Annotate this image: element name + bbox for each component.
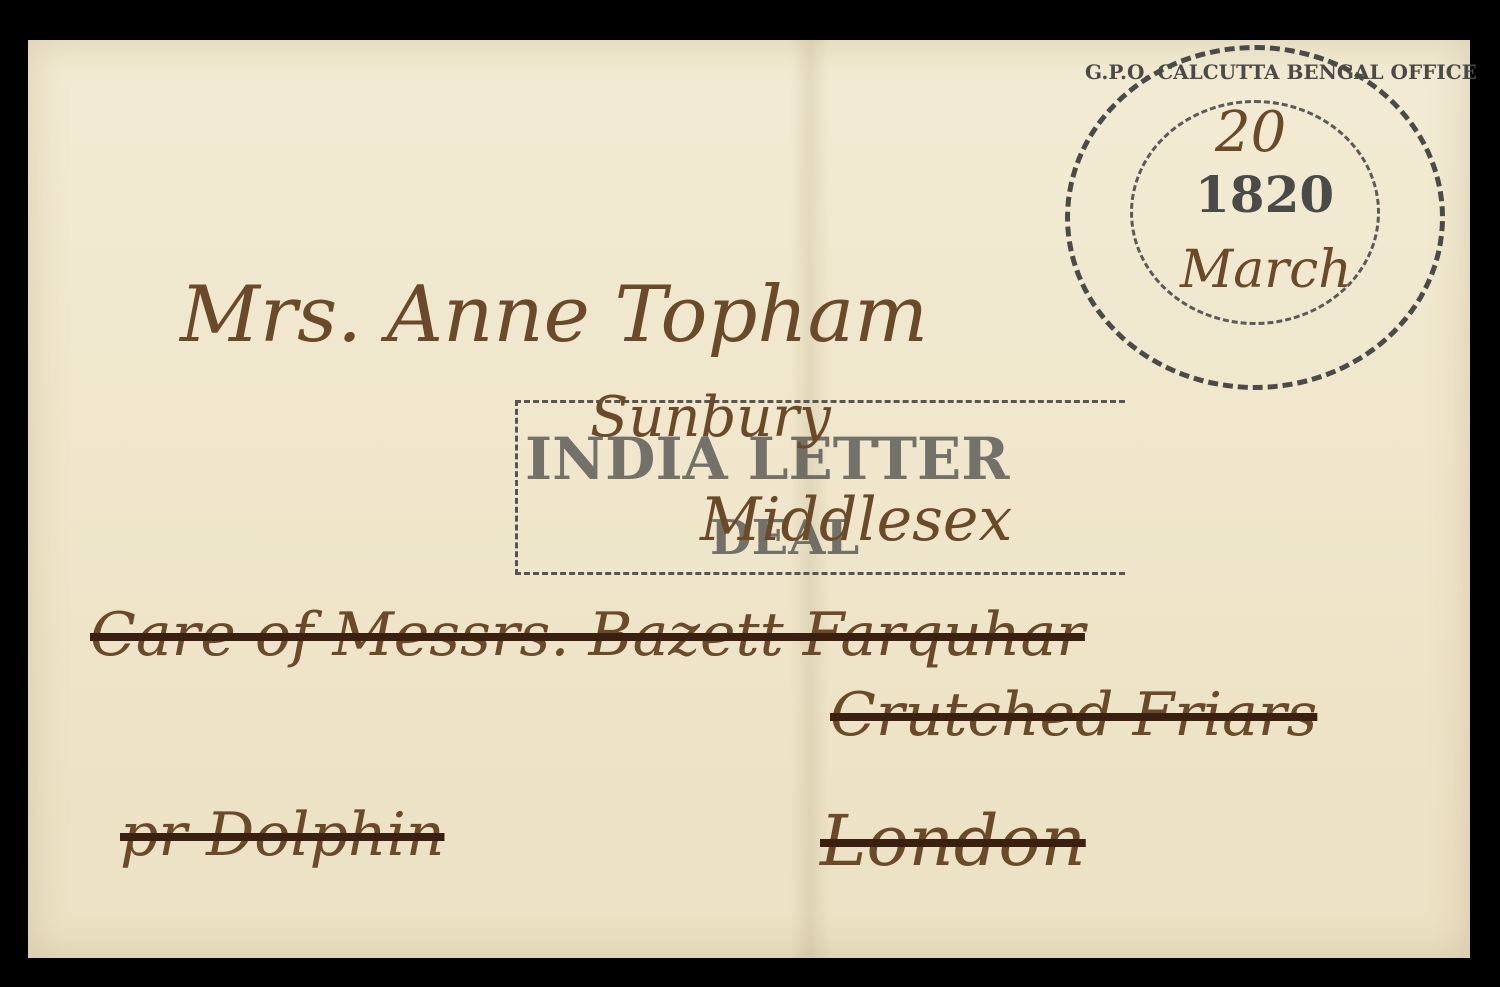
postmark-day: 20 bbox=[1215, 100, 1286, 165]
postmark-ring-text: G.P.O. CALCUTTA BENGAL OFFICE bbox=[1085, 60, 1477, 84]
addressee-name: Mrs. Anne Topham bbox=[180, 270, 928, 360]
postmark-month: March bbox=[1180, 240, 1352, 300]
address-county: Middlesex bbox=[700, 485, 1012, 555]
ship-name: pr Dolphin bbox=[120, 800, 444, 870]
struck-city: London bbox=[820, 800, 1086, 882]
address-town: Sunbury bbox=[590, 385, 831, 450]
struck-street: Crutched Friars bbox=[830, 680, 1317, 750]
struck-care-of: Care of Messrs. Bazett Farquhar bbox=[90, 600, 1085, 670]
postmark-year: 1820 bbox=[1195, 165, 1334, 224]
